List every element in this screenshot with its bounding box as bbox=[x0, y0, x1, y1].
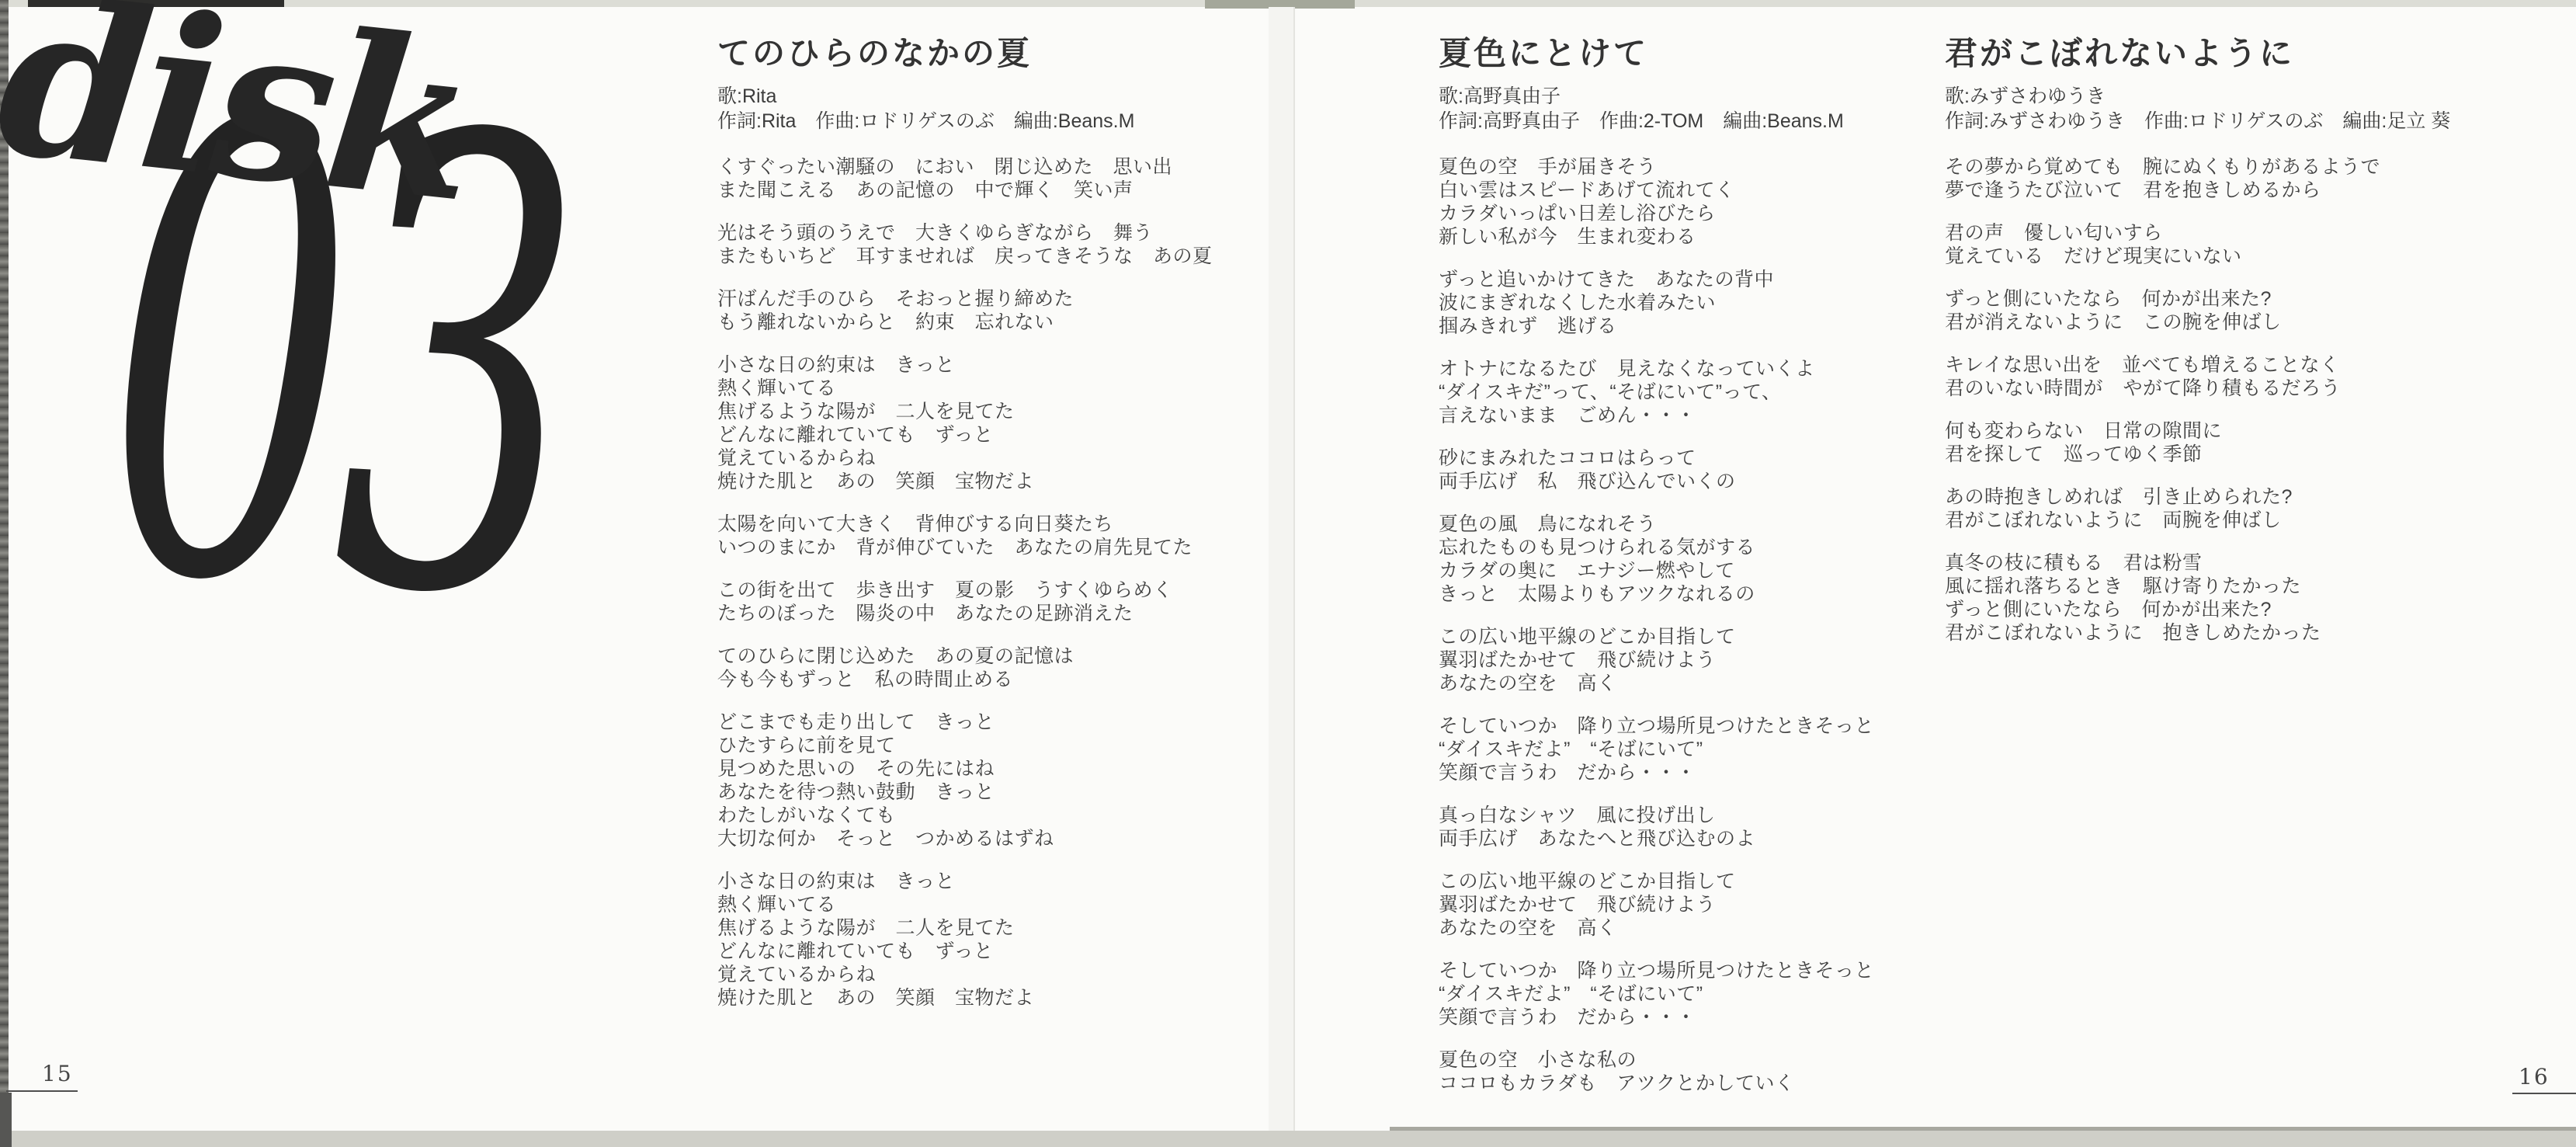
lyric-line: 見つめた思いの その先にはね bbox=[717, 757, 1195, 780]
lyric-line: 君が消えないように この腕を伸ばし bbox=[1945, 311, 2473, 334]
lyric-line: 太陽を向いて大きく 背伸びする向日葵たち bbox=[717, 513, 1195, 536]
lyric-line: どこまでも走り出して きっと bbox=[717, 711, 1195, 734]
lyric-line: あなたの空を 高く bbox=[1439, 916, 1939, 940]
lyric-line: 君がこぼれないように 両腕を伸ばし bbox=[1945, 509, 2473, 532]
lyric-line: この街を出て 歩き出す 夏の影 うすくゆらめく bbox=[717, 579, 1195, 602]
page-number-rule-left bbox=[6, 1090, 78, 1092]
disk-label-art: disk bbox=[0, 0, 479, 242]
stanza: 夏色の空 小さな私のココロもカラダも アツクとかしていく bbox=[1439, 1048, 1939, 1095]
lyric-line: ずっと側にいたなら 何かが出来た? bbox=[1945, 598, 2473, 621]
lyric-line: 白い雲はスピードあげて流れてく bbox=[1439, 179, 1939, 202]
song-staff-credits: 作詞:みずさわゆうき 作曲:ロドリゲスのぶ 編曲:足立 葵 bbox=[1945, 109, 2473, 134]
lyric-line: 小さな日の約束は きっと bbox=[717, 870, 1195, 893]
lyric-line: この広い地平線のどこか目指して bbox=[1439, 870, 1939, 893]
lyric-line: そしていつか 降り立つ場所見つけたときそっと bbox=[1439, 959, 1939, 982]
song-staff-credits: 作詞:高野真由子 作曲:2-TOM 編曲:Beans.M bbox=[1439, 109, 1939, 134]
lyric-line: 笑顔で言うわ だから・・・ bbox=[1439, 1006, 1939, 1029]
lyric-line: あなたを待つ熱い鼓動 きっと bbox=[717, 780, 1195, 804]
lyric-line: 風に揺れ落ちるとき 駆け寄りたかった bbox=[1945, 575, 2473, 598]
lyric-line: 夏色の空 小さな私の bbox=[1439, 1048, 1939, 1072]
lyric-line: 君がこぼれないように 抱きしめたかった bbox=[1945, 621, 2473, 645]
lyric-line: 焼けた肌と あの 笑顔 宝物だよ bbox=[717, 986, 1195, 1010]
booklet-spread: 03 disk てのひらのなかの夏 歌:Rita 作詞:Rita 作曲:ロドリゲ… bbox=[0, 0, 2576, 1147]
lyric-line: ひたすらに前を見て bbox=[717, 734, 1195, 757]
lyric-line: 君のいない時間が やがて降り積もるだろう bbox=[1945, 377, 2473, 400]
lyric-line: 焦げるような陽が 二人を見てた bbox=[717, 400, 1195, 423]
stanza: ずっと側にいたなら 何かが出来た?君が消えないように この腕を伸ばし bbox=[1945, 287, 2473, 334]
lyric-line: ずっと追いかけてきた あなたの背中 bbox=[1439, 268, 1939, 291]
lyric-line: 翼羽ばたかせて 飛び続けよう bbox=[1439, 893, 1939, 916]
lyric-line: あの時抱きしめれば 引き止められた? bbox=[1945, 485, 2473, 509]
stanza: キレイな思い出を 並べても増えることなく君のいない時間が やがて降り積もるだろう bbox=[1945, 353, 2473, 400]
stanza: この広い地平線のどこか目指して翼羽ばたかせて 飛び続けようあなたの空を 高く bbox=[1439, 625, 1939, 695]
lyric-line: 掴みきれず 逃げる bbox=[1439, 315, 1939, 338]
lyric-line: 熱く輝いてる bbox=[717, 377, 1195, 400]
song-staff-credits: 作詞:Rita 作曲:ロドリゲスのぶ 編曲:Beans.M bbox=[717, 109, 1195, 134]
stanza: その夢から覚めても 腕にぬくもりがあるようで夢で逢うたび泣いて 君を抱きしめるか… bbox=[1945, 155, 2473, 202]
page-number-rule-right bbox=[2512, 1093, 2576, 1094]
stanza: 太陽を向いて大きく 背伸びする向日葵たちいつのまにか 背が伸びていた あなたの肩… bbox=[717, 513, 1195, 559]
song-column-1: てのひらのなかの夏 歌:Rita 作詞:Rita 作曲:ロドリゲスのぶ 編曲:B… bbox=[717, 34, 1195, 1029]
lyric-line: 熱く輝いてる bbox=[717, 893, 1195, 916]
page-gutter bbox=[1293, 7, 1295, 1131]
lyric-line: てのひらに閉じ込めた あの夏の記憶は bbox=[717, 645, 1195, 668]
lyric-line: あなたの空を 高く bbox=[1439, 672, 1939, 695]
lyric-line: 光はそう頭のうえで 大きくゆらぎながら 舞う bbox=[717, 221, 1195, 245]
lyric-line: その夢から覚めても 腕にぬくもりがあるようで bbox=[1945, 155, 2473, 179]
lyric-line: 新しい私が今 生まれ変わる bbox=[1439, 225, 1939, 249]
lyric-line: 忘れたものも見つけられる気がする bbox=[1439, 536, 1939, 559]
lyric-line: 君を探して 巡ってゆく季節 bbox=[1945, 443, 2473, 466]
page-number-right: 16 bbox=[2519, 1064, 2550, 1090]
stanza: てのひらに閉じ込めた あの夏の記憶は今も今もずっと 私の時間止める bbox=[717, 645, 1195, 691]
lyric-line: くすぐったい潮騒の におい 閉じ込めた 思い出 bbox=[717, 155, 1195, 179]
lyric-line: どんなに離れていても ずっと bbox=[717, 940, 1195, 963]
page-gutter-shade bbox=[1269, 7, 1293, 1131]
stanza: 夏色の風 鳥になれそう忘れたものも見つけられる気がするカラダの奥に エナジー燃や… bbox=[1439, 513, 1939, 606]
stanza: 真冬の枝に積もる 君は粉雪風に揺れ落ちるとき 駆け寄りたかったずっと側にいたなら… bbox=[1945, 551, 2473, 645]
lyric-line: 覚えている だけど現実にいない bbox=[1945, 245, 2473, 268]
song-lyrics: くすぐったい潮騒の におい 閉じ込めた 思い出また聞こえる あの記憶の 中で輝く… bbox=[717, 155, 1195, 1010]
lyric-line: 真っ白なシャツ 風に投げ出し bbox=[1439, 804, 1939, 827]
lyric-line: “ダイスキだよ” “そばにいて” bbox=[1439, 982, 1939, 1006]
lyric-line: いつのまにか 背が伸びていた あなたの肩先見てた bbox=[717, 536, 1195, 559]
stanza: 砂にまみれたココロはらって両手広げ 私 飛び込んでいくの bbox=[1439, 447, 1939, 493]
lyric-line: 覚えているからね bbox=[717, 447, 1195, 470]
lyric-line: キレイな思い出を 並べても増えることなく bbox=[1945, 353, 2473, 377]
song-column-3: 君がこぼれないように 歌:みずさわゆうき 作詞:みずさわゆうき 作曲:ロドリゲス… bbox=[1945, 34, 2473, 664]
lyric-line: 大切な何か そっと つかめるはずね bbox=[717, 827, 1195, 850]
lyric-line: “ダイスキだよ” “そばにいて” bbox=[1439, 738, 1939, 761]
scan-edge-bottom-left bbox=[0, 1093, 12, 1147]
scan-edge-bottom bbox=[0, 1131, 2576, 1147]
stanza: 光はそう頭のうえで 大きくゆらぎながら 舞うまたもいちど 耳すませれば 戻ってき… bbox=[717, 221, 1195, 268]
lyric-line: ずっと側にいたなら 何かが出来た? bbox=[1945, 287, 2473, 311]
song-lyrics: 夏色の空 手が届きそう白い雲はスピードあげて流れてくカラダいっぱい日差し浴びたら… bbox=[1439, 155, 1939, 1095]
lyric-line: また聞こえる あの記憶の 中で輝く 笑い声 bbox=[717, 179, 1195, 202]
lyric-line: この広い地平線のどこか目指して bbox=[1439, 625, 1939, 648]
page-number-left: 15 bbox=[42, 1061, 73, 1086]
lyric-line: 翼羽ばたかせて 飛び続けよう bbox=[1439, 648, 1939, 672]
song-vocal-credit: 歌:高野真由子 bbox=[1439, 84, 1939, 109]
lyric-line: “ダイスキだ”って、“そばにいて”って、 bbox=[1439, 381, 1939, 404]
stanza: 小さな日の約束は きっと熱く輝いてる焦げるような陽が 二人を見てたどんなに離れて… bbox=[717, 870, 1195, 1010]
song-vocal-credit: 歌:Rita bbox=[717, 84, 1195, 109]
lyric-line: 焼けた肌と あの 笑顔 宝物だよ bbox=[717, 470, 1195, 493]
stanza: 君の声 優しい匂いすら覚えている だけど現実にいない bbox=[1945, 221, 2473, 268]
lyric-line: カラダの奥に エナジー燃やして bbox=[1439, 559, 1939, 582]
song-title: 夏色にとけて bbox=[1439, 34, 1939, 73]
stanza: どこまでも走り出して きっとひたすらに前を見て見つめた思いの その先にはねあなた… bbox=[717, 711, 1195, 850]
lyric-line: 夏色の風 鳥になれそう bbox=[1439, 513, 1939, 536]
lyric-line: 両手広げ 私 飛び込んでいくの bbox=[1439, 470, 1939, 493]
lyric-line: 覚えているからね bbox=[717, 963, 1195, 986]
lyric-line: 君の声 優しい匂いすら bbox=[1945, 221, 2473, 245]
lyric-line: カラダいっぱい日差し浴びたら bbox=[1439, 202, 1939, 225]
lyric-line: もう離れないからと 約束 忘れない bbox=[717, 311, 1195, 334]
stanza: そしていつか 降り立つ場所見つけたときそっと“ダイスキだよ” “そばにいて”笑顔… bbox=[1439, 959, 1939, 1029]
lyric-line: 言えないまま ごめん・・・ bbox=[1439, 404, 1939, 427]
stanza: くすぐったい潮騒の におい 閉じ込めた 思い出また聞こえる あの記憶の 中で輝く… bbox=[717, 155, 1195, 202]
stanza: 夏色の空 手が届きそう白い雲はスピードあげて流れてくカラダいっぱい日差し浴びたら… bbox=[1439, 155, 1939, 249]
song-column-2: 夏色にとけて 歌:高野真由子 作詞:高野真由子 作曲:2-TOM 編曲:Bean… bbox=[1439, 34, 1939, 1114]
lyric-line: そしていつか 降り立つ場所見つけたときそっと bbox=[1439, 714, 1939, 738]
lyric-line: どんなに離れていても ずっと bbox=[717, 423, 1195, 447]
scan-edge-bottom-line bbox=[1390, 1127, 2576, 1131]
lyric-line: 汗ばんだ手のひら そおっと握り締めた bbox=[717, 287, 1195, 311]
stanza: 小さな日の約束は きっと熱く輝いてる焦げるような陽が 二人を見てたどんなに離れて… bbox=[717, 353, 1195, 493]
lyric-line: ココロもカラダも アツクとかしていく bbox=[1439, 1072, 1939, 1095]
stanza: 真っ白なシャツ 風に投げ出し両手広げ あなたへと飛び込むのよ bbox=[1439, 804, 1939, 850]
stanza: この街を出て 歩き出す 夏の影 うすくゆらめくたちのぼった 陽炎の中 あなたの足… bbox=[717, 579, 1195, 625]
lyric-line: きっと 太陽よりもアツクなれるの bbox=[1439, 582, 1939, 606]
stanza: 何も変わらない 日常の隙間に君を探して 巡ってゆく季節 bbox=[1945, 419, 2473, 466]
lyric-line: 真冬の枝に積もる 君は粉雪 bbox=[1945, 551, 2473, 575]
lyric-line: 波にまぎれなくした水着みたい bbox=[1439, 291, 1939, 315]
lyric-line: オトナになるたび 見えなくなっていくよ bbox=[1439, 357, 1939, 381]
song-title: 君がこぼれないように bbox=[1945, 34, 2473, 73]
lyric-line: 笑顔で言うわ だから・・・ bbox=[1439, 761, 1939, 784]
song-vocal-credit: 歌:みずさわゆうき bbox=[1945, 84, 2473, 109]
stanza: そしていつか 降り立つ場所見つけたときそっと“ダイスキだよ” “そばにいて”笑顔… bbox=[1439, 714, 1939, 784]
song-title: てのひらのなかの夏 bbox=[717, 34, 1195, 73]
lyric-line: 両手広げ あなたへと飛び込むのよ bbox=[1439, 827, 1939, 850]
lyric-line: またもいちど 耳すませれば 戻ってきそうな あの夏 bbox=[717, 245, 1195, 268]
lyric-line: わたしがいなくても bbox=[717, 804, 1195, 827]
song-lyrics: その夢から覚めても 腕にぬくもりがあるようで夢で逢うたび泣いて 君を抱きしめるか… bbox=[1945, 155, 2473, 645]
stanza: ずっと追いかけてきた あなたの背中波にまぎれなくした水着みたい掴みきれず 逃げる bbox=[1439, 268, 1939, 338]
stanza: オトナになるたび 見えなくなっていくよ“ダイスキだ”って、“そばにいて”って、言… bbox=[1439, 357, 1939, 427]
lyric-line: たちのぼった 陽炎の中 あなたの足跡消えた bbox=[717, 602, 1195, 625]
stanza: 汗ばんだ手のひら そおっと握り締めたもう離れないからと 約束 忘れない bbox=[717, 287, 1195, 334]
stanza: あの時抱きしめれば 引き止められた?君がこぼれないように 両腕を伸ばし bbox=[1945, 485, 2473, 532]
lyric-line: 夏色の空 手が届きそう bbox=[1439, 155, 1939, 179]
lyric-line: 焦げるような陽が 二人を見てた bbox=[717, 916, 1195, 940]
lyric-line: 今も今もずっと 私の時間止める bbox=[717, 668, 1195, 691]
lyric-line: 小さな日の約束は きっと bbox=[717, 353, 1195, 377]
lyric-line: 何も変わらない 日常の隙間に bbox=[1945, 419, 2473, 443]
lyric-line: 夢で逢うたび泣いて 君を抱きしめるから bbox=[1945, 179, 2473, 202]
lyric-line: 砂にまみれたココロはらって bbox=[1439, 447, 1939, 470]
stanza: この広い地平線のどこか目指して翼羽ばたかせて 飛び続けようあなたの空を 高く bbox=[1439, 870, 1939, 940]
